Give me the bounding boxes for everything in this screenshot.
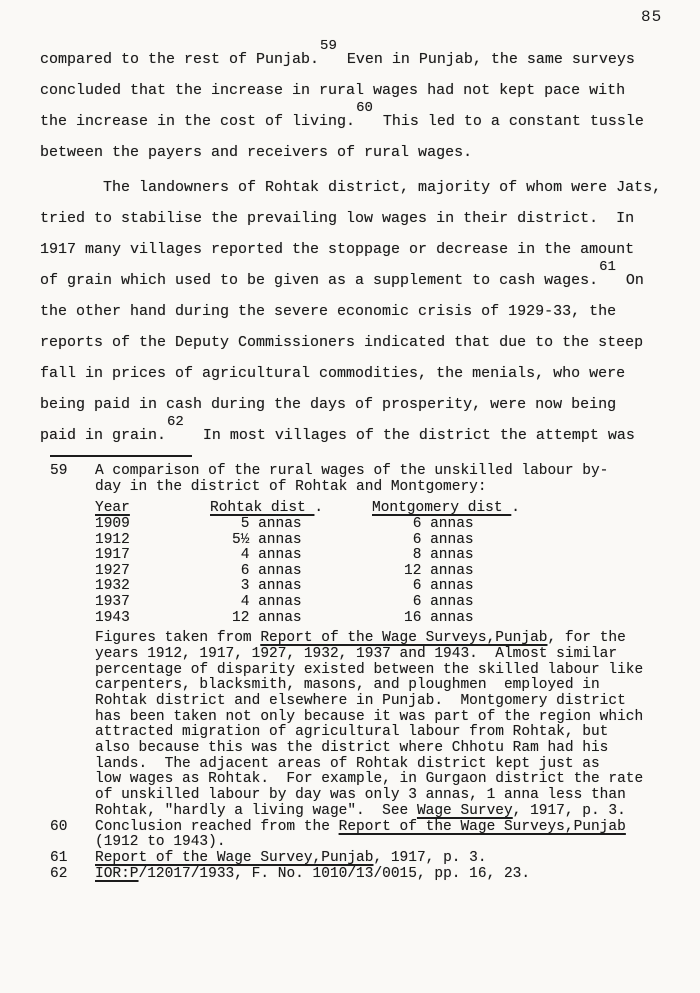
year-cell: 1943 — [95, 611, 210, 627]
rohtak-wage-cell: 4 annas — [210, 548, 372, 564]
text-segment: reports of the Deputy Commissioners indi… — [40, 334, 643, 351]
underlined-text: Wage Survey — [417, 803, 513, 819]
text-segment: low wages as Rohtak. For example, in Gur… — [95, 771, 643, 787]
text-line: tried to stabilise the prevailing low wa… — [40, 203, 688, 234]
text-line: the other hand during the severe economi… — [40, 296, 688, 327]
text-segment: years 1912, 1917, 1927, 1932, 1937 and 1… — [95, 646, 617, 662]
text-segment: Figures taken from — [95, 630, 260, 646]
rohtak-wage-cell: 12 annas — [210, 611, 372, 627]
underlined-text: IOR:P — [95, 866, 139, 882]
text-segment: attracted migration of agricultural labo… — [95, 724, 608, 740]
text-line: compared to the rest of Punjab.59 Even i… — [40, 44, 688, 75]
text-segment: of grain which used to be given as a sup… — [40, 272, 598, 289]
table-row: 1927 6 annas12 annas — [95, 564, 685, 580]
montgomery-wage-cell: 6 annas — [372, 579, 474, 595]
text-line: Conclusion reached from the Report of th… — [95, 820, 685, 836]
footnotes-section: 59A comparison of the rural wages of the… — [50, 464, 685, 882]
text-segment: Conclusion reached from the — [95, 819, 339, 835]
year-cell: 1909 — [95, 517, 210, 533]
rohtak-wage-cell: 5½ annas — [210, 533, 372, 549]
table-row: 1932 3 annas 6 annas — [95, 579, 685, 595]
paragraph-1: compared to the rest of Punjab.59 Even i… — [40, 44, 688, 168]
text-segment: On — [617, 272, 644, 289]
text-line: being paid in cash during the days of pr… — [40, 389, 688, 420]
text-segment: The landowners of Rohtak district, major… — [40, 179, 661, 196]
footnote-60: 60Conclusion reached from the Report of … — [50, 820, 685, 851]
text-segment: Rohtak district and elsewhere in Punjab.… — [95, 693, 626, 709]
text-segment: A comparison of the rural wages of the u… — [95, 463, 608, 479]
footnote-text: A comparison of the rural wages of the u… — [95, 464, 685, 820]
underlined-text: Report of the Wage Surveys,Punjab — [260, 630, 547, 646]
rohtak-wage-cell: 3 annas — [210, 579, 372, 595]
text-line: Rohtak, "hardly a living wage". See Wage… — [95, 804, 685, 820]
text-line: low wages as Rohtak. For example, in Gur… — [95, 772, 685, 788]
wage-comparison-table: YearRohtak dist .Montgomery dist .1909 5… — [95, 501, 685, 626]
document-page: 85 compared to the rest of Punjab.59 Eve… — [0, 0, 700, 993]
year-cell: 1917 — [95, 548, 210, 564]
year-cell: 1932 — [95, 579, 210, 595]
text-segment: fall in prices of agricultural commoditi… — [40, 365, 625, 382]
rohtak-wage-cell: 4 annas — [210, 595, 372, 611]
text-segment: lands. The adjacent areas of Rohtak dist… — [95, 756, 600, 772]
text-segment: between the payers and receivers of rura… — [40, 144, 472, 161]
footnote-separator — [50, 455, 192, 457]
text-segment: This led to a constant tussle — [374, 113, 644, 130]
table-row: 19125½ annas 6 annas — [95, 533, 685, 549]
footnote-text: IOR:P/12017/1933, F. No. 1010/13/0015, p… — [95, 867, 685, 883]
text-segment: 1917 many villages reported the stoppage… — [40, 241, 634, 258]
table-row: 1909 5 annas 6 annas — [95, 517, 685, 533]
text-line: between the payers and receivers of rura… — [40, 137, 688, 168]
text-line: The landowners of Rohtak district, major… — [40, 172, 688, 203]
text-line: Report of the Wage Survey,Punjab, 1917, … — [95, 851, 685, 867]
footnote-number: 61 — [50, 851, 95, 867]
text-line: day in the district of Rohtak and Montgo… — [95, 480, 685, 496]
text-segment: (1912 to 1943). — [95, 834, 226, 850]
text-line: 1917 many villages reported the stoppage… — [40, 234, 688, 265]
body-text: compared to the rest of Punjab.59 Even i… — [40, 44, 688, 451]
footnote-number: 59 — [50, 464, 95, 480]
underlined-text: Montgomery dist — [372, 500, 511, 516]
text-line: Rohtak district and elsewhere in Punjab.… — [95, 694, 685, 710]
text-segment: being paid in cash during the days of pr… — [40, 396, 616, 413]
rohtak-wage-cell: 5 annas — [210, 517, 372, 533]
text-segment: concluded that the increase in rural wag… — [40, 82, 625, 99]
text-segment: . — [314, 500, 323, 516]
text-segment: carpenters, blacksmith, masons, and plou… — [95, 677, 600, 693]
footnote-ref-61: 61 — [598, 259, 617, 275]
text-segment: , 1917, p. 3. — [373, 850, 486, 866]
text-line: fall in prices of agricultural commoditi… — [40, 358, 688, 389]
text-segment: compared to the rest of Punjab. — [40, 51, 319, 68]
footnote-number: 60 — [50, 820, 95, 836]
paragraph-2: The landowners of Rohtak district, major… — [40, 172, 688, 451]
table-row: 194312 annas16 annas — [95, 611, 685, 627]
montgomery-wage-cell: 16 annas — [372, 611, 474, 627]
year-cell: 1912 — [95, 533, 210, 549]
montgomery-wage-cell: 6 annas — [372, 595, 474, 611]
montgomery-wage-cell: 6 annas — [372, 517, 474, 533]
text-line: carpenters, blacksmith, masons, and plou… — [95, 678, 685, 694]
underlined-text: Year — [95, 500, 130, 516]
footnote-ref-62: 62 — [166, 414, 185, 430]
text-segment: percentage of disparity existed between … — [95, 662, 643, 678]
text-line: IOR:P/12017/1933, F. No. 1010/13/0015, p… — [95, 867, 685, 883]
montgomery-wage-cell: 8 annas — [372, 548, 474, 564]
text-segment: Even in Punjab, the same surveys — [338, 51, 635, 68]
text-line: paid in grain.62 In most villages of the… — [40, 420, 688, 451]
underlined-text: Report of the Wage Surveys,Punjab — [339, 819, 626, 835]
text-line: of grain which used to be given as a sup… — [40, 265, 688, 296]
rohtak-wage-cell: 6 annas — [210, 564, 372, 580]
footnote-text: Conclusion reached from the Report of th… — [95, 820, 685, 851]
text-line: the increase in the cost of living.60 Th… — [40, 106, 688, 137]
text-segment: , for the — [547, 630, 625, 646]
text-segment: . — [511, 500, 520, 516]
underlined-text: Report of the Wage Survey,Punjab — [95, 850, 373, 866]
text-segment: , 1917, p. 3. — [513, 803, 626, 819]
text-segment: paid in grain. — [40, 427, 166, 444]
page-number: 85 — [641, 8, 662, 26]
montgomery-wage-cell: 6 annas — [372, 533, 474, 549]
montgomery-dist-header: Montgomery dist . — [372, 501, 520, 517]
year-cell: 1937 — [95, 595, 210, 611]
footnote-62: 62IOR:P/12017/1933, F. No. 1010/13/0015,… — [50, 867, 685, 883]
footnote-ref-60: 60 — [355, 100, 374, 116]
footnote-ref-59: 59 — [319, 38, 338, 54]
text-line: attracted migration of agricultural labo… — [95, 725, 685, 741]
text-line: years 1912, 1917, 1927, 1932, 1937 and 1… — [95, 647, 685, 663]
underlined-text: Rohtak dist — [210, 500, 314, 516]
text-segment: day in the district of Rohtak and Montgo… — [95, 479, 487, 495]
footnote-59: 59A comparison of the rural wages of the… — [50, 464, 685, 820]
text-segment: has been taken not only because it was p… — [95, 709, 643, 725]
text-segment: /12017/1933, F. No. 1010/13/0015, pp. 16… — [139, 866, 531, 882]
table-row: 1917 4 annas 8 annas — [95, 548, 685, 564]
table-row: 1937 4 annas 6 annas — [95, 595, 685, 611]
table-header-row: YearRohtak dist .Montgomery dist . — [95, 501, 685, 517]
footnote-number: 62 — [50, 867, 95, 883]
text-segment: the other hand during the severe economi… — [40, 303, 616, 320]
footnote-text: Report of the Wage Survey,Punjab, 1917, … — [95, 851, 685, 867]
year-header: Year — [95, 501, 210, 517]
text-segment: of unskilled labour by day was only 3 an… — [95, 787, 626, 803]
text-line: (1912 to 1943). — [95, 835, 685, 851]
text-segment: the increase in the cost of living. — [40, 113, 355, 130]
montgomery-wage-cell: 12 annas — [372, 564, 474, 580]
text-line: A comparison of the rural wages of the u… — [95, 464, 685, 480]
text-line: reports of the Deputy Commissioners indi… — [40, 327, 688, 358]
text-segment: also because this was the district where… — [95, 740, 608, 756]
footnote-61: 61Report of the Wage Survey,Punjab, 1917… — [50, 851, 685, 867]
rohtak-dist-header: Rohtak dist . — [210, 501, 372, 517]
text-segment: In most villages of the district the att… — [185, 427, 635, 444]
text-line: Figures taken from Report of the Wage Su… — [95, 631, 685, 647]
text-line: of unskilled labour by day was only 3 an… — [95, 788, 685, 804]
text-line: percentage of disparity existed between … — [95, 663, 685, 679]
text-line: also because this was the district where… — [95, 741, 685, 757]
year-cell: 1927 — [95, 564, 210, 580]
text-segment: Rohtak, "hardly a living wage". See — [95, 803, 417, 819]
text-segment: tried to stabilise the prevailing low wa… — [40, 210, 634, 227]
